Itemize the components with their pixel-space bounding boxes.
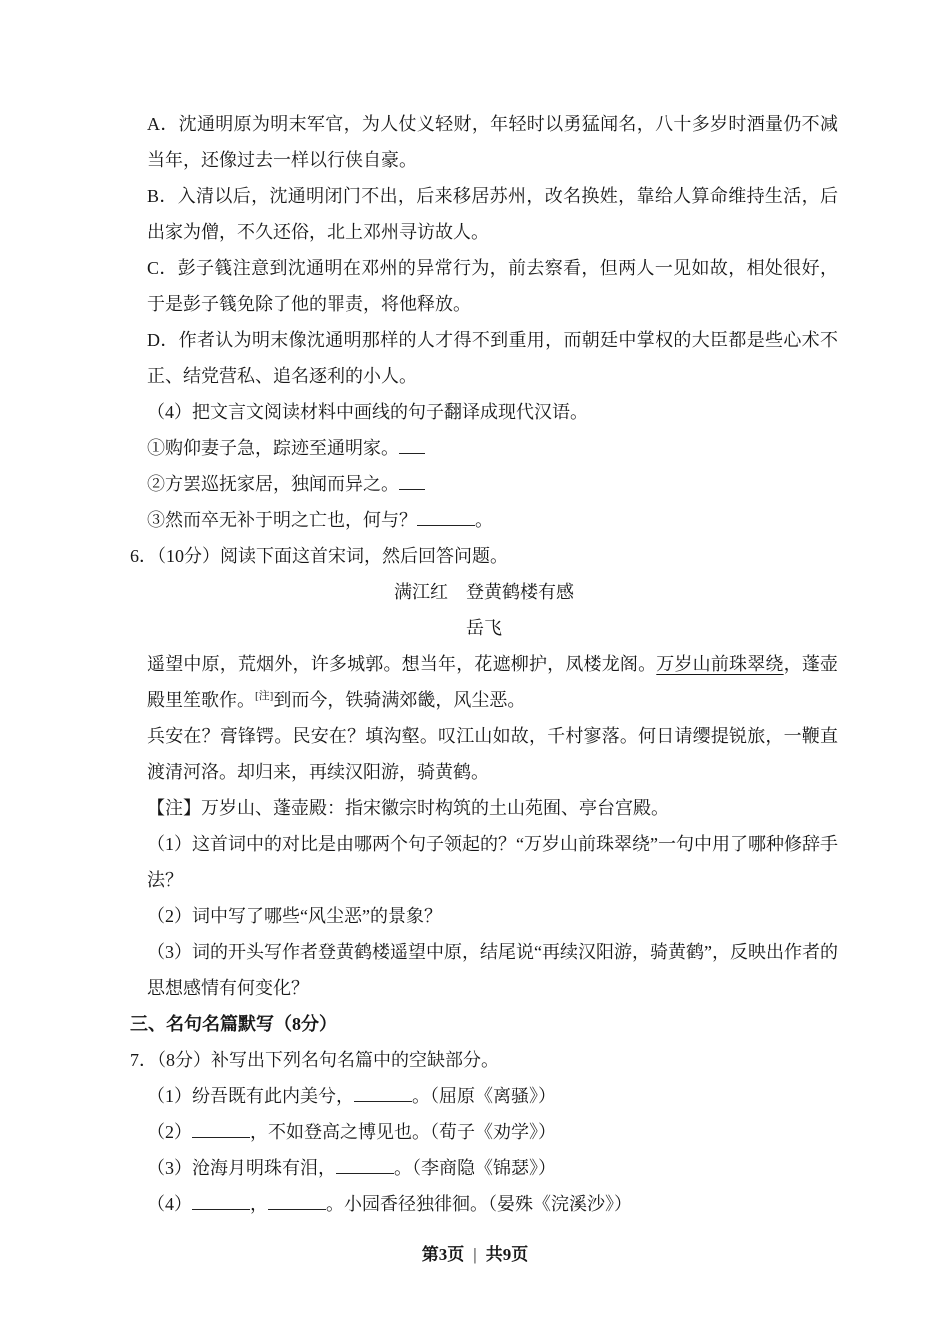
q7-item-4: （4），。小园香径独徘徊。（晏殊《浣溪沙》） [147, 1186, 838, 1222]
q6-stem: 6．（10分）阅读下面这首宋词，然后回答问题。 [130, 538, 838, 574]
section-heading: 三、名句名篇默写（8分） [130, 1006, 838, 1042]
stanza1-underlined-phrase: 万岁山前珠翠绕 [656, 654, 783, 674]
answer-blank [417, 506, 475, 526]
poem-title: 满江红 登黄鹤楼有感 [130, 574, 838, 610]
q6-sub-question-3: （3）词的开头写作者登黄鹤楼遥望中原，结尾说“再续汉阳游，骑黄鹤”，反映出作者的… [147, 934, 838, 1006]
q7-item-2-pre: （2） [147, 1122, 192, 1142]
option-d: D．作者认为明末像沈通明那样的人才得不到重用，而朝廷中掌权的大臣都是些心术不正、… [147, 322, 838, 394]
q7-item-3: （3）沧海月明珠有泪，。（李商隐《锦瑟》） [147, 1150, 838, 1186]
footer-current-page: 第3页 [422, 1245, 465, 1264]
page-footer: 第3页|共9页 [0, 1240, 950, 1265]
poem-note-text: 【注】万岁山、蓬壶殿：指宋徽宗时构筑的土山苑囿、亭台宫殿。 [147, 798, 669, 818]
option-b-text: B．入清以后，沈通明闭门不出，后来移居苏州，改名换姓，靠给人算命维持生活，后出家… [147, 186, 838, 242]
answer-blank [268, 1190, 326, 1210]
footer-separator: | [473, 1245, 476, 1265]
option-d-text: D．作者认为明末像沈通明那样的人才得不到重用，而朝廷中掌权的大臣都是些心术不正、… [147, 330, 838, 386]
q7-item-4-pre: （4） [147, 1194, 192, 1214]
q6-sub-question-3-text: （3）词的开头写作者登黄鹤楼遥望中原，结尾说“再续汉阳游，骑黄鹤”，反映出作者的… [147, 942, 838, 998]
answer-blank [399, 470, 425, 490]
exam-paper-page: A．沈通明原为明末军官，为人仗义轻财，年轻时以勇猛闻名，八十多岁时酒量仍不减当年… [0, 0, 950, 1344]
translate-item-3-text: ③然而卒无补于明之亡也，何与？ [147, 510, 417, 530]
q6-sub-question-2-text: （2）词中写了哪些“风尘恶”的景象？ [147, 906, 442, 926]
poem-author: 岳飞 [130, 610, 838, 646]
answer-blank [192, 1190, 250, 1210]
q7-stem-text: 7．（8分）补写出下列名句名篇中的空缺部分。 [130, 1050, 499, 1070]
translate-item-2-text: ②方罢巡抚家居，独闻而异之。 [147, 474, 399, 494]
q5-sub4-stem: （4）把文言文阅读材料中画线的句子翻译成现代汉语。 [147, 394, 838, 430]
q7-item-1-pre: （1）纷吾既有此内美兮， [147, 1086, 354, 1106]
q6-sub-question-1-text: （1）这首词中的对比是由哪两个句子领起的？“万岁山前珠翠绕”一句中用了哪种修辞手… [147, 834, 838, 890]
stanza1-pre: 遥望中原，荒烟外，许多城郭。想当年，花遮柳护，凤楼龙阁。 [147, 654, 656, 674]
section-heading-text: 三、名句名篇默写（8分） [130, 1014, 337, 1034]
poem-title-text: 满江红 登黄鹤楼有感 [394, 582, 574, 602]
q7-item-3-pre: （3）沧海月明珠有泪， [147, 1158, 336, 1178]
q7-item-4-post: 。小园香径独徘徊。（晏殊《浣溪沙》） [326, 1194, 632, 1214]
q6-stem-text: 6．（10分）阅读下面这首宋词，然后回答问题。 [130, 546, 508, 566]
answer-blank [192, 1118, 250, 1138]
q5-sub4-stem-text: （4）把文言文阅读材料中画线的句子翻译成现代汉语。 [147, 402, 588, 422]
poem-note: 【注】万岁山、蓬壶殿：指宋徽宗时构筑的土山苑囿、亭台宫殿。 [147, 790, 838, 826]
q7-item-1-post: 。（屈原《离骚》） [412, 1086, 556, 1106]
translate-item-3-tail: 。 [475, 510, 493, 530]
q7-item-3-post: 。（李商隐《锦瑟》） [394, 1158, 556, 1178]
poem-stanza-2: 兵安在？膏锋锷。民安在？填沟壑。叹江山如故，千村寥落。何日请缨提锐旅，一鞭直渡清… [147, 718, 838, 790]
option-c-text: C．彭子篯注意到沈通明在邓州的异常行为，前去察看，但两人一见如故，相处很好，于是… [147, 258, 838, 314]
stanza2-text: 兵安在？膏锋锷。民安在？填沟壑。叹江山如故，千村寥落。何日请缨提锐旅，一鞭直渡清… [147, 726, 838, 782]
q7-item-4-mid: ， [250, 1194, 268, 1214]
note-reference-marker: [注] [255, 690, 273, 702]
q6-sub-question-2: （2）词中写了哪些“风尘恶”的景象？ [147, 898, 838, 934]
translate-item-1: ①购仰妻子急，踪迹至通明家。 [147, 430, 838, 466]
q6-sub-question-1: （1）这首词中的对比是由哪两个句子领起的？“万岁山前珠翠绕”一句中用了哪种修辞手… [147, 826, 838, 898]
answer-blank [336, 1154, 394, 1174]
answer-blank [399, 434, 425, 454]
answer-blank [354, 1082, 412, 1102]
stanza1-post: 到而今，铁骑满郊畿，风尘恶。 [273, 690, 525, 710]
footer-total-pages: 共9页 [486, 1245, 529, 1264]
translate-item-3: ③然而卒无补于明之亡也，何与？。 [147, 502, 838, 538]
poem-author-text: 岳飞 [466, 618, 502, 638]
q7-item-1: （1）纷吾既有此内美兮，。（屈原《离骚》） [147, 1078, 838, 1114]
poem-stanza-1: 遥望中原，荒烟外，许多城郭。想当年，花遮柳护，凤楼龙阁。万岁山前珠翠绕，蓬壶殿里… [147, 646, 838, 718]
option-a-text: A．沈通明原为明末军官，为人仗义轻财，年轻时以勇猛闻名，八十多岁时酒量仍不减当年… [147, 114, 838, 170]
translate-item-2: ②方罢巡抚家居，独闻而异之。 [147, 466, 838, 502]
q7-item-2-post: ，不如登高之博见也。（荀子《劝学》） [250, 1122, 556, 1142]
option-c: C．彭子篯注意到沈通明在邓州的异常行为，前去察看，但两人一见如故，相处很好，于是… [147, 250, 838, 322]
translate-item-1-text: ①购仰妻子急，踪迹至通明家。 [147, 438, 399, 458]
q7-item-2: （2），不如登高之博见也。（荀子《劝学》） [147, 1114, 838, 1150]
option-b: B．入清以后，沈通明闭门不出，后来移居苏州，改名换姓，靠给人算命维持生活，后出家… [147, 178, 838, 250]
q7-stem: 7．（8分）补写出下列名句名篇中的空缺部分。 [130, 1042, 838, 1078]
option-a: A．沈通明原为明末军官，为人仗义轻财，年轻时以勇猛闻名，八十多岁时酒量仍不减当年… [147, 106, 838, 178]
page-content: A．沈通明原为明末军官，为人仗义轻财，年轻时以勇猛闻名，八十多岁时酒量仍不减当年… [130, 106, 838, 1222]
